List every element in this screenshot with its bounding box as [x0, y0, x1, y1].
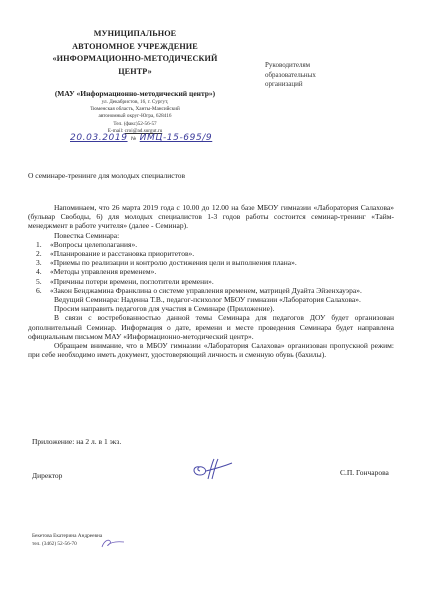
director-signature-icon — [190, 455, 236, 490]
performer-phone: тел. (3462) 52-56-70 — [32, 541, 102, 549]
request-paragraph: Просим направить педагогов для участия в… — [28, 304, 394, 313]
agenda-item: 5.«Причины потери времени, поглотители в… — [28, 277, 394, 286]
performer-signature-icon — [100, 536, 126, 554]
performer-name: Бекетова Екатерина Андреевна — [32, 533, 102, 541]
notice-paragraph: Обращаем внимание, что в МБОУ гимназии «… — [28, 341, 394, 359]
additional-paragraph: В связи с востребованностью данной темы … — [28, 313, 394, 341]
agenda-item: 6.«Закон Бенджамина Франклина о системе … — [28, 286, 394, 295]
agenda-list: 1.«Вопросы целеполагания». 2.«Планирован… — [28, 240, 394, 295]
org-address: ул. Декабристов, 16, г. Сургут, Тюменска… — [40, 99, 230, 135]
host-paragraph: Ведущий Семинара: Наденна Т.В., педагог-… — [28, 295, 394, 304]
agenda-item: 3.«Приемы по реализации и контролю дости… — [28, 258, 394, 267]
org-line: МУНИЦИПАЛЬНОЕ — [40, 28, 230, 41]
letter-subject: О семинаре-тренинге для молодых специали… — [28, 171, 185, 180]
agenda-item: 1.«Вопросы целеполагания». — [28, 240, 394, 249]
org-line: ЦЕНТР» — [40, 66, 230, 79]
performer-info: Бекетова Екатерина Андреевна тел. (3462)… — [32, 533, 102, 548]
registration-stamp: 20.03.2019 № ИМЦ-15-695/9 — [70, 133, 212, 143]
agenda-title: Повестка Семинара: — [28, 231, 394, 240]
number-sign: № — [131, 136, 136, 142]
addressee-line: Руководителям — [265, 61, 316, 71]
letterhead-organization: МУНИЦИПАЛЬНОЕ АВТОНОМНОЕ УЧРЕЖДЕНИЕ «ИНФ… — [40, 28, 230, 78]
signer-position: Директор — [32, 471, 62, 480]
address-line: автономный округ-Югра, 628416 — [40, 113, 230, 120]
agenda-item: 2.«Планирование и расстановка приоритето… — [28, 249, 394, 258]
org-line: АВТОНОМНОЕ УЧРЕЖДЕНИЕ — [40, 41, 230, 54]
address-line: Тел. (факс)52-56-57 — [40, 121, 230, 128]
addressee-line: организаций — [265, 80, 316, 90]
addressee-line: образовательных — [265, 71, 316, 81]
registration-number: ИМЦ-15-695/9 — [140, 133, 213, 143]
appendix-note: Приложение: на 2 л. в 1 экз. — [32, 437, 121, 446]
agenda-item: 4.«Методы управления временем». — [28, 267, 394, 276]
addressee: Руководителям образовательных организаци… — [265, 61, 316, 90]
signer-name: С.П. Гончарова — [340, 468, 389, 477]
letter-body: Напоминаем, что 26 марта 2019 года с 10.… — [28, 203, 394, 359]
registration-date: 20.03.2019 — [70, 133, 128, 143]
intro-paragraph: Напоминаем, что 26 марта 2019 года с 10.… — [28, 203, 394, 231]
org-short-name: (МАУ «Информационно-методический центр») — [30, 89, 240, 99]
org-line: «ИНФОРМАЦИОННО-МЕТОДИЧЕСКИЙ — [40, 53, 230, 66]
